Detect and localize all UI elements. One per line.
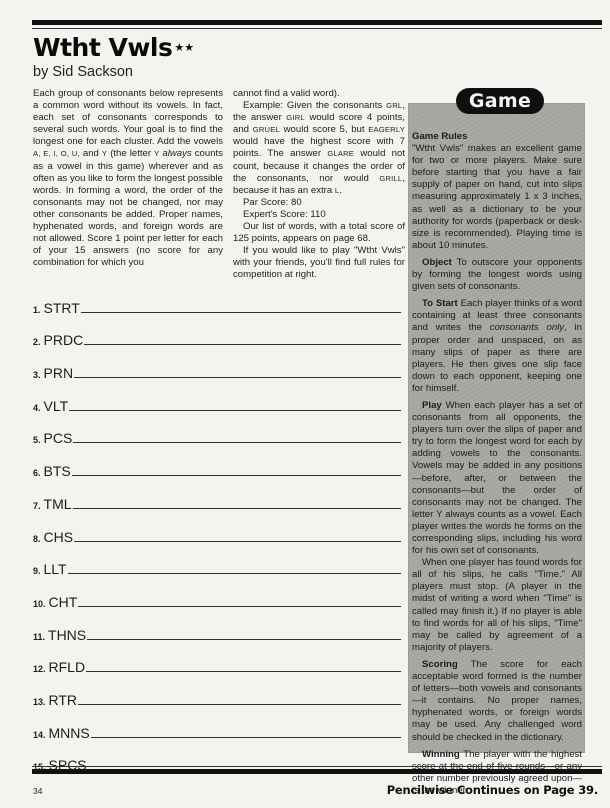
top-rule-thick [32,20,602,25]
consonant-clue: BTS [44,463,71,479]
object-label: Object [422,257,452,268]
example-word: GIRL [286,113,305,122]
answer-blank[interactable] [86,670,401,672]
winning-label: Winning [422,749,460,760]
vowels-list: A, E, I, O, U, [33,149,80,158]
consonant-clue: TML [44,496,72,512]
answer-row-12: 12.RFLD [33,643,401,676]
answer-blank[interactable] [91,736,401,738]
rules-object: Object To outscore your opponents by for… [412,257,582,293]
answer-blank[interactable] [84,343,401,345]
continues-note: Pencilwise Continues on Page 39. [387,783,598,797]
rules-to-start: To Start Each player thinks of a word co… [412,298,582,395]
answer-row-8: 8.CHS [33,512,401,545]
answer-number: 11. [33,632,45,643]
intro-text: cannot find a valid word). [233,88,405,100]
page-number: 34 [33,786,42,796]
consonants-only-emphasis: consonants only [490,322,564,333]
intro-column-1: Each group of consonants below represent… [33,88,223,269]
consonant-clue: VLT [44,398,69,414]
answer-number: 1. [33,305,41,316]
rules-intro: "Wtht Vwls" makes an excellent game for … [412,143,582,252]
rules-play: Play When each player has a set of conso… [412,400,582,557]
example-paragraph: Example: Given the consonants GRL, the a… [233,100,405,197]
answer-number: 13. [33,697,46,708]
intro-text: and [80,148,102,159]
always-emphasis: always [162,148,191,159]
answer-row-14: 14.MNNS [33,708,401,741]
example-word: GRILL [379,174,402,183]
answer-list-note: Our list of words, with a total score of… [233,221,405,245]
answer-number: 9. [33,566,41,577]
byline: by Sid Sackson [33,64,133,80]
answer-blank[interactable] [81,311,401,313]
answer-number: 12. [33,664,46,675]
answer-number: 4. [33,403,41,414]
answer-row-10: 10.CHT [33,577,401,610]
difficulty-stars-icon: ★★ [174,41,194,54]
rules-heading-label: Game Rules [412,131,582,143]
scoring-text: The score for each acceptable word forme… [412,659,582,743]
answer-number: 14. [33,730,46,741]
consonant-clue: PCS [44,430,73,446]
rules-scoring: Scoring The score for each acceptable wo… [412,659,582,744]
answer-blank[interactable] [68,572,401,574]
answer-blank[interactable] [72,474,401,476]
game-rules-text: Game Rules "Wtht Vwls" makes an excellen… [412,131,582,802]
intro-column-2: cannot find a valid word). Example: Give… [233,88,405,282]
rules-heading: Game Rules [412,131,582,143]
intro-text: (the letter [107,148,154,159]
rules-time: When one player has found words for all … [412,557,582,654]
intro-paragraph: Each group of consonants below represent… [33,88,223,269]
example-word: GRUEL [253,125,280,134]
game-badge: Game [456,88,544,114]
consonant-clue: MNNS [49,725,90,741]
answer-row-6: 6.BTS [33,446,401,479]
play-note: If you would like to play "Wtht Vwls" wi… [233,245,405,281]
answer-blank[interactable] [69,409,401,411]
answer-row-11: 11.THNS [33,610,401,643]
intro-text: Each group of consonants below represent… [33,88,223,147]
consonant-clue: THNS [48,627,86,643]
title-text: Wtht Vwls [33,33,172,62]
answer-blank[interactable] [87,638,401,640]
answer-row-13: 13.RTR [33,675,401,708]
answer-number: 8. [33,534,41,545]
example-word: GRL [386,101,402,110]
play-label: Play [422,400,442,411]
bottom-rule-thick [32,769,602,774]
consonant-clue: PRDC [44,332,84,348]
letter-y: Y [154,149,159,158]
answer-blank[interactable] [73,507,401,509]
consonant-clue: PRN [44,365,74,381]
bottom-rule-thin [32,766,602,767]
consonant-clue: RFLD [49,659,86,675]
example-text: Example: Given the consonants [243,100,386,111]
example-word: EAGERLY [368,125,405,134]
answer-number: 3. [33,370,41,381]
play-text: When each player has a set of consonants… [412,400,582,556]
answer-blank[interactable] [78,703,401,705]
answer-number: 5. [33,435,41,446]
answer-number: 10. [33,599,46,610]
consonant-clue: RTR [49,692,78,708]
intro-text: counts as a vowel in this game) wherever… [33,148,223,268]
answer-blank[interactable] [73,441,401,443]
answer-number: 6. [33,468,41,479]
answer-row-2: 2.PRDC [33,316,401,349]
scoring-label: Scoring [422,659,458,670]
consonant-clue: CHT [49,594,78,610]
par-score: Par Score: 80 [233,197,405,209]
answer-blank[interactable] [78,605,401,607]
consonant-clue: LLT [44,561,67,577]
example-text: . [339,185,342,196]
answer-list: 1.STRT 2.PRDC 3.PRN 4.VLT 5.PCS 6.BTS 7.… [33,283,401,773]
answer-row-1: 1.STRT [33,283,401,316]
consonant-clue: CHS [44,529,74,545]
answer-row-3: 3.PRN [33,348,401,381]
answer-blank[interactable] [74,540,401,542]
to-start-label: To Start [422,298,458,309]
answer-row-5: 5.PCS [33,414,401,447]
answer-row-9: 9.LLT [33,545,401,578]
top-rule-thin [32,28,602,29]
page-title: Wtht Vwls★★ [33,33,194,62]
expert-score: Expert's Score: 110 [233,209,405,221]
answer-row-7: 7.TML [33,479,401,512]
example-text: would score 5, but [280,124,368,135]
answer-blank[interactable] [74,376,401,378]
answer-number: 7. [33,501,41,512]
consonant-clue: STRT [44,300,80,316]
example-word: GLARE [327,149,354,158]
answer-number: 2. [33,337,41,348]
answer-row-4: 4.VLT [33,381,401,414]
